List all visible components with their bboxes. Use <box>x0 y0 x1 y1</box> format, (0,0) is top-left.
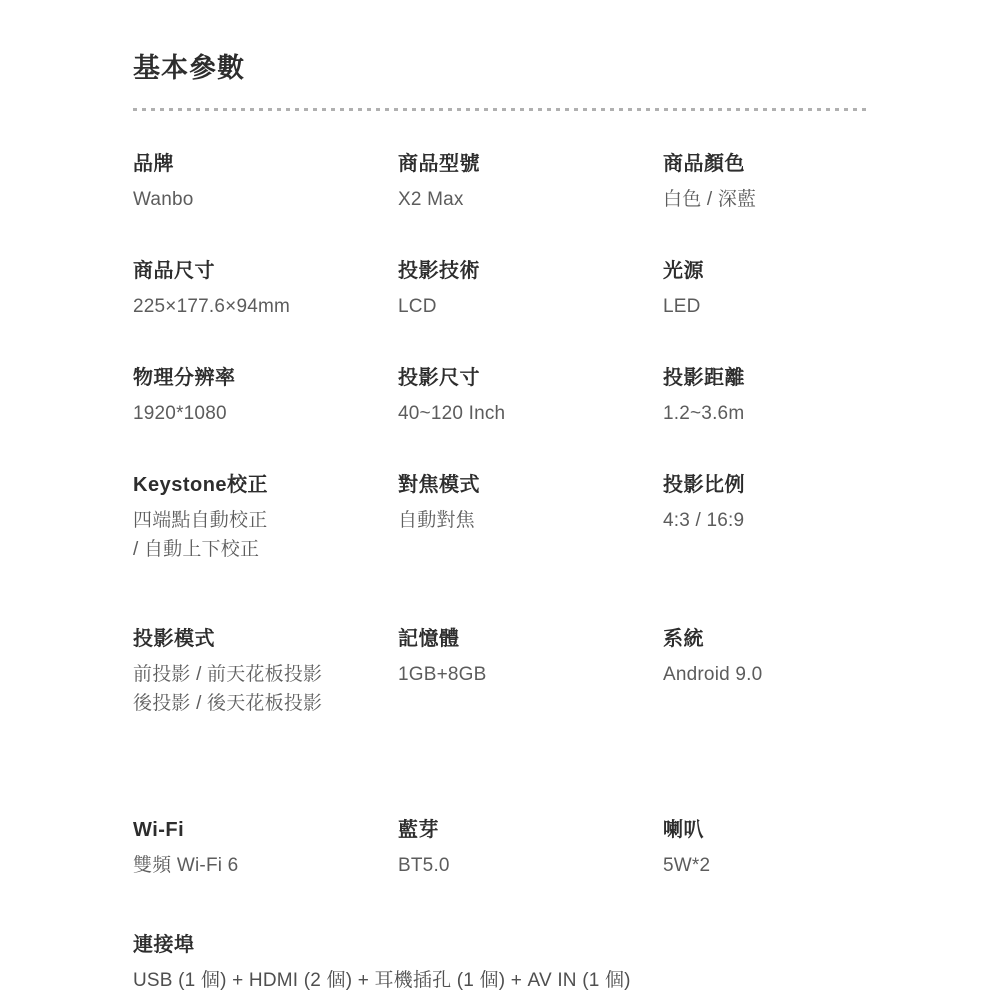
spec-label-color: 商品顏色 <box>663 151 870 177</box>
section-title: 基本參數 <box>133 52 870 84</box>
spec-value-color: 白色 / 深藍 <box>663 185 870 214</box>
spec-cell-memory: 記憶體 1GB+8GB <box>398 626 663 718</box>
spec-value-focus-mode: 自動對焦 <box>398 506 663 535</box>
spec-row-5: 投影模式 前投影 / 前天花板投影 後投影 / 後天花板投影 記憶體 1GB+8… <box>133 626 870 718</box>
spec-label-keystone: Keystone校正 <box>133 472 398 498</box>
spec-sheet: 基本參數 品牌 Wanbo 商品型號 X2 Max 商品顏色 白色 / 深藍 商… <box>133 52 870 995</box>
spec-value-os: Android 9.0 <box>663 660 870 689</box>
spec-label-technology: 投影技術 <box>398 258 663 284</box>
spec-value-light-source: LED <box>663 292 870 321</box>
spec-value-brand: Wanbo <box>133 185 398 214</box>
spec-value-resolution: 1920*1080 <box>133 399 398 428</box>
spec-cell-projection-size: 投影尺寸 40~120 Inch <box>398 365 663 428</box>
spec-value-keystone-line2: / 自動上下校正 <box>133 535 398 564</box>
spec-cell-focus-mode: 對焦模式 自動對焦 <box>398 472 663 564</box>
spec-label-brand: 品牌 <box>133 151 398 177</box>
spec-label-os: 系統 <box>663 626 870 652</box>
spec-value-projection-mode-line2: 後投影 / 後天花板投影 <box>133 689 398 718</box>
spec-label-memory: 記憶體 <box>398 626 663 652</box>
spec-cell-resolution: 物理分辨率 1920*1080 <box>133 365 398 428</box>
spec-cell-speaker: 喇叭 5W*2 <box>663 817 870 880</box>
spec-value-aspect-ratio: 4:3 / 16:9 <box>663 506 870 535</box>
spec-cell-color: 商品顏色 白色 / 深藍 <box>663 151 870 214</box>
spec-cell-aspect-ratio: 投影比例 4:3 / 16:9 <box>663 472 870 564</box>
spec-value-projection-mode-line1: 前投影 / 前天花板投影 <box>133 660 398 689</box>
spec-row-3: 物理分辨率 1920*1080 投影尺寸 40~120 Inch 投影距離 1.… <box>133 365 870 428</box>
spec-label-wifi: Wi-Fi <box>133 817 398 843</box>
spec-label-projection-distance: 投影距離 <box>663 365 870 391</box>
spec-row-7: 連接埠 USB (1 個) + HDMI (2 個) + 耳機插孔 (1 個) … <box>133 932 870 995</box>
spec-value-technology: LCD <box>398 292 663 321</box>
spec-value-ports: USB (1 個) + HDMI (2 個) + 耳機插孔 (1 個) + AV… <box>133 966 870 995</box>
spec-value-projection-size: 40~120 Inch <box>398 399 663 428</box>
spec-cell-projection-distance: 投影距離 1.2~3.6m <box>663 365 870 428</box>
spec-value-dimensions: 225×177.6×94mm <box>133 292 398 321</box>
spec-value-wifi: 雙頻 Wi-Fi 6 <box>133 851 398 880</box>
spec-cell-dimensions: 商品尺寸 225×177.6×94mm <box>133 258 398 321</box>
spec-label-speaker: 喇叭 <box>663 817 870 843</box>
spec-cell-wifi: Wi-Fi 雙頻 Wi-Fi 6 <box>133 817 398 880</box>
spec-label-projection-size: 投影尺寸 <box>398 365 663 391</box>
spec-cell-brand: 品牌 Wanbo <box>133 151 398 214</box>
spec-value-bluetooth: BT5.0 <box>398 851 663 880</box>
spec-label-projection-mode: 投影模式 <box>133 626 398 652</box>
spec-row-4: Keystone校正 四端點自動校正 / 自動上下校正 對焦模式 自動對焦 投影… <box>133 472 870 564</box>
spec-value-memory: 1GB+8GB <box>398 660 663 689</box>
spec-row-1: 品牌 Wanbo 商品型號 X2 Max 商品顏色 白色 / 深藍 <box>133 151 870 214</box>
spec-label-aspect-ratio: 投影比例 <box>663 472 870 498</box>
spec-label-ports: 連接埠 <box>133 932 870 958</box>
spec-cell-technology: 投影技術 LCD <box>398 258 663 321</box>
spec-row-6: Wi-Fi 雙頻 Wi-Fi 6 藍芽 BT5.0 喇叭 5W*2 <box>133 817 870 880</box>
spec-cell-bluetooth: 藍芽 BT5.0 <box>398 817 663 880</box>
dotted-divider <box>133 108 870 111</box>
spec-value-model: X2 Max <box>398 185 663 214</box>
spec-cell-ports: 連接埠 USB (1 個) + HDMI (2 個) + 耳機插孔 (1 個) … <box>133 932 870 995</box>
spec-label-dimensions: 商品尺寸 <box>133 258 398 284</box>
spec-value-speaker: 5W*2 <box>663 851 870 880</box>
spec-label-focus-mode: 對焦模式 <box>398 472 663 498</box>
spec-cell-light-source: 光源 LED <box>663 258 870 321</box>
spec-label-light-source: 光源 <box>663 258 870 284</box>
spec-label-bluetooth: 藍芽 <box>398 817 663 843</box>
spec-label-resolution: 物理分辨率 <box>133 365 398 391</box>
spec-cell-model: 商品型號 X2 Max <box>398 151 663 214</box>
spec-cell-os: 系統 Android 9.0 <box>663 626 870 718</box>
spec-value-keystone-line1: 四端點自動校正 <box>133 506 398 535</box>
spec-value-projection-distance: 1.2~3.6m <box>663 399 870 428</box>
spec-grid: 品牌 Wanbo 商品型號 X2 Max 商品顏色 白色 / 深藍 商品尺寸 2… <box>133 151 870 995</box>
spec-cell-projection-mode: 投影模式 前投影 / 前天花板投影 後投影 / 後天花板投影 <box>133 626 398 718</box>
spec-label-model: 商品型號 <box>398 151 663 177</box>
spec-cell-keystone: Keystone校正 四端點自動校正 / 自動上下校正 <box>133 472 398 564</box>
spec-row-2: 商品尺寸 225×177.6×94mm 投影技術 LCD 光源 LED <box>133 258 870 321</box>
